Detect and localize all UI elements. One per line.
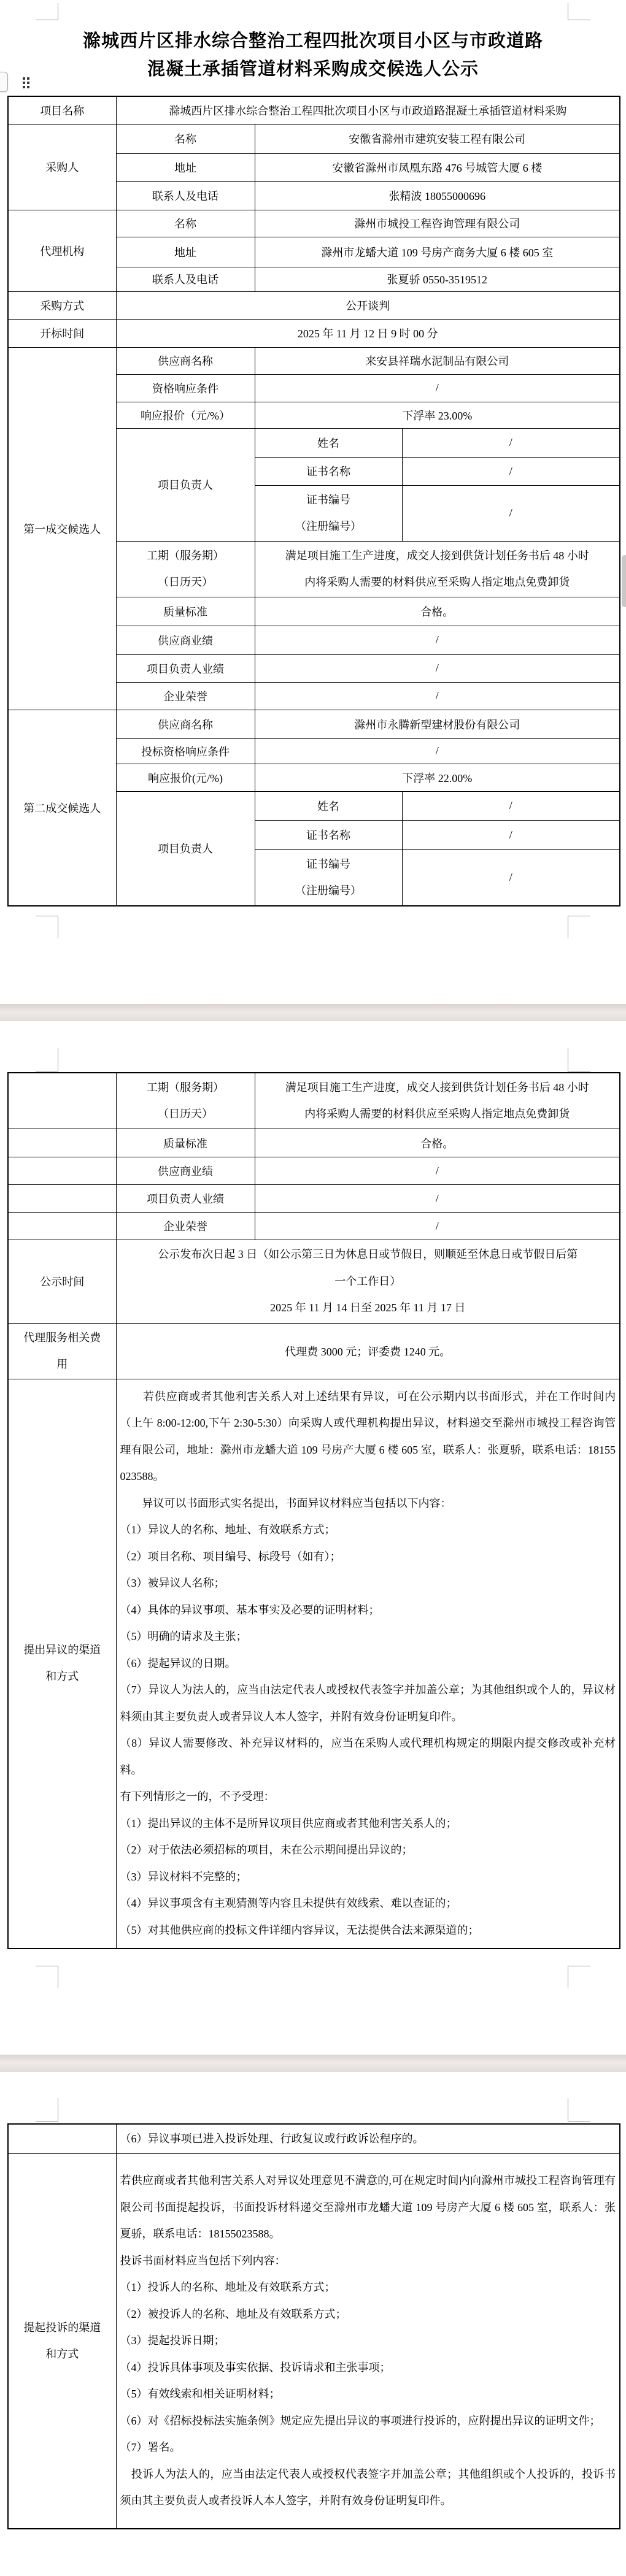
- empty-cell: [8, 1157, 116, 1185]
- crop-mark: [568, 1966, 590, 1966]
- candidate2-honor-label: 企业荣誉: [116, 1213, 255, 1240]
- agency-fee-label-line1: 代理服务相关费: [12, 1325, 112, 1351]
- candidate1-qualification-value: /: [255, 374, 620, 402]
- candidate1-duration-label-line1: 工期（服务期）: [120, 543, 251, 569]
- complaint-paragraph: （6）对《招标投标法实施条例》规定应先提出异议的事项进行投诉的，应附提出异议的证…: [120, 2408, 616, 2435]
- candidate2-cert-name-value: /: [402, 820, 620, 849]
- purchaser-name-label: 名称: [116, 124, 255, 153]
- objection-channel-label-line1: 提出异议的渠道: [12, 1637, 112, 1663]
- candidate2-cert-no-label-line1: 证书编号: [259, 851, 398, 878]
- complaint-channel-content: 若供应商或者其他利害关系人对异议处理意见不满意的,可在规定时间内向滁州市城投工程…: [116, 2153, 620, 2529]
- complaint-paragraph: （4）投诉具体事项及事实依据、投诉请求和主张事项；: [120, 2355, 616, 2382]
- agency-contact-value: 张夏骄 0550-3519512: [255, 267, 620, 291]
- empty-cell: [8, 1185, 116, 1213]
- agency-fee-label: 代理服务相关费 用: [8, 1323, 116, 1379]
- publicity-time-line3: 2025 年 11 月 14 日至 2025 年 11 月 17 日: [120, 1295, 616, 1322]
- complaint-paragraph: 若供应商或者其他利害关系人对异议处理意见不满意的,可在规定时间内向滁州市城投工程…: [120, 2168, 616, 2248]
- objection-paragraph: （8）异议人需要修改、补充异议材料的，应当在采购人或代理机构规定的期限内提交修改…: [120, 1730, 616, 1784]
- purchaser-label: 采购人: [8, 124, 116, 210]
- candidate1-duration-value: 满足项目施工生产进度，成交人接到供货计划任务书后 48 小时 内将采购人需要的材…: [255, 541, 620, 597]
- complaint-channel-label-line1: 提起投诉的渠道: [12, 2315, 112, 2341]
- objection-paragraph: 若供应商或者其他利害关系人对上述结果有异议，可在公示期内以书面形式，并在工作时间…: [120, 1384, 616, 1490]
- method-label: 采购方式: [8, 291, 116, 319]
- crop-mark: [36, 916, 58, 916]
- candidate2-quality-label: 质量标准: [116, 1129, 255, 1157]
- crop-mark: [568, 1071, 590, 1071]
- candidate2-cert-name-label: 证书名称: [255, 820, 402, 849]
- crop-mark: [568, 20, 590, 20]
- complaint-paragraph: （1）投诉人的名称、地址及有效联系方式；: [120, 2274, 616, 2301]
- candidate2-duration-value-line2: 内将采购人需要的材料供应至采购人指定地点免费卸货: [259, 1101, 616, 1127]
- candidate1-supplier-label: 供应商名称: [116, 347, 255, 374]
- crop-mark: [36, 2121, 58, 2122]
- candidate2-pm-perf-value: /: [255, 1185, 620, 1213]
- objection-paragraph: （4）异议事项含有主观猜测等内容且未提供有效线索、难以查证的；: [120, 1890, 616, 1917]
- announcement-table-page1: 项目名称 滁城西片区排水综合整治工程四批次项目小区与市政道路混凝土承插管道材料采…: [7, 96, 620, 907]
- side-widget[interactable]: [0, 72, 8, 92]
- crop-mark: [58, 2098, 58, 2121]
- objection-paragraph: 有下列情形之一的，不予受理：: [120, 1784, 616, 1811]
- candidate1-supplier-value: 来安县祥瑞水泥制品有限公司: [255, 347, 620, 374]
- candidate2-pm-label: 项目负责人: [116, 791, 255, 906]
- purchaser-contact-value: 张精波 18055000696: [255, 181, 620, 210]
- complaint-channel-label-line2: 和方式: [12, 2341, 112, 2367]
- empty-cell: [8, 1213, 116, 1240]
- crop-mark: [568, 2121, 590, 2122]
- candidate1-supplier-perf-label: 供应商业绩: [116, 626, 255, 654]
- objection-paragraph: （5）明确的请求及主张；: [120, 1623, 616, 1650]
- page-gap: [0, 2055, 626, 2072]
- objection-paragraph: （3）异议材料不完整的；: [120, 1864, 616, 1891]
- announcement-table-page2: 工期（服务期） （日历天） 满足项目施工生产进度，成交人接到供货计划任务书后 4…: [7, 1072, 620, 1949]
- purchaser-name-value: 安徽省滁州市建筑安装工程有限公司: [255, 124, 620, 153]
- open-time-value: 2025 年 11 月 12 日 9 时 00 分: [116, 319, 620, 347]
- objection-paragraph: （4）具体的异议事项、基本事实及必要的证明材料；: [120, 1597, 616, 1624]
- candidate1-duration-value-line1: 满足项目施工生产进度，成交人接到供货计划任务书后 48 小时: [259, 543, 616, 569]
- crop-mark: [36, 20, 58, 20]
- candidate2-duration-label: 工期（服务期） （日历天）: [116, 1073, 255, 1129]
- candidate2-cert-no-value: /: [402, 849, 620, 906]
- empty-cell: [8, 1129, 116, 1157]
- objection-paragraph: （5）对其他供应商的投标文件详细内容异议，无法提供合法来源渠道的；: [120, 1917, 616, 1944]
- candidate1-pm-perf-label: 项目负责人业绩: [116, 654, 255, 682]
- crop-mark: [568, 1966, 568, 1988]
- candidate2-price-value: 下浮率 22.00%: [255, 764, 620, 791]
- complaint-paragraph: （7）署名。: [120, 2434, 616, 2461]
- objection-paragraph: （6）异议事项已进入投诉处理、行政复议或行政诉讼程序的。: [120, 2131, 616, 2146]
- candidate1-pm-perf-value: /: [255, 654, 620, 682]
- objection-paragraph: （1）异议人的名称、地址、有效联系方式；: [120, 1517, 616, 1544]
- candidate1-pm-label: 项目负责人: [116, 428, 255, 541]
- candidate2-cert-no-label: 证书编号 （注册编号）: [255, 849, 402, 906]
- candidate2-pm-name-label: 姓名: [255, 791, 402, 820]
- objection-paragraph: （3）被异议人名称；: [120, 1570, 616, 1597]
- document-canvas: 滁城西片区排水综合整治工程四批次项目小区与市政道路 混凝土承插管道材料采购成交候…: [0, 0, 626, 2576]
- agency-contact-label: 联系人及电话: [116, 267, 255, 291]
- objection-channel-label: 提出异议的渠道 和方式: [8, 1379, 116, 1949]
- purchaser-address-label: 地址: [116, 153, 255, 181]
- page-1: 滁城西片区排水综合整治工程四批次项目小区与市政道路 混凝土承插管道材料采购成交候…: [0, 0, 626, 1004]
- crop-mark: [568, 3, 568, 20]
- project-name-value: 滁城西片区排水综合整治工程四批次项目小区与市政道路混凝土承插管道材料采购: [116, 96, 620, 124]
- candidate1-duration-label: 工期（服务期） （日历天）: [116, 541, 255, 597]
- candidate1-pm-name-value: /: [402, 428, 620, 457]
- candidate2-price-label: 响应报价(元/%): [116, 764, 255, 791]
- complaint-paragraph: 投诉人为法人的，应当由法定代表人或授权代表签字并加盖公章；其他组织或个人投诉的，…: [120, 2461, 616, 2515]
- page-2: 工期（服务期） （日历天） 满足项目施工生产进度，成交人接到供货计划任务书后 4…: [0, 1021, 626, 2055]
- publicity-time-line1: 公示发布次日起 3 日（如公示第三日为休息日或节假日，则顺延至休息日或节假日后第: [120, 1241, 616, 1268]
- page-title-line1: 滁城西片区排水综合整治工程四批次项目小区与市政道路: [0, 27, 626, 55]
- complaint-paragraph: （2）被投诉人的名称、地址及有效联系方式；: [120, 2301, 616, 2328]
- candidate2-duration-label-line1: 工期（服务期）: [120, 1075, 251, 1101]
- publicity-time-value: 公示发布次日起 3 日（如公示第三日为休息日或节假日，则顺延至休息日或节假日后第…: [116, 1240, 620, 1324]
- page-title-line2: 混凝土承插管道材料采购成交候选人公示: [0, 55, 626, 83]
- candidate1-price-value: 下浮率 23.00%: [255, 402, 620, 428]
- candidate2-duration-value-line1: 满足项目施工生产进度，成交人接到供货计划任务书后 48 小时: [259, 1075, 616, 1101]
- crop-mark: [58, 916, 58, 938]
- crop-mark: [568, 916, 568, 938]
- crop-mark: [568, 916, 590, 916]
- objection-paragraph: 异议可以书面形式实名提出，书面异议材料应当包括以下内容：: [120, 1490, 616, 1517]
- candidate2-quality-value: 合格。: [255, 1129, 620, 1157]
- objection-paragraph: （2）项目名称、项目编号、标段号（如有）；: [120, 1544, 616, 1571]
- agency-name-value: 滁州市城投工程咨询管理有限公司: [255, 210, 620, 237]
- method-value: 公开谈判: [116, 291, 620, 319]
- crop-mark: [58, 3, 58, 20]
- candidate2-cert-no-label-line2: （注册编号）: [259, 878, 398, 904]
- announcement-table-page3: （6）异议事项已进入投诉处理、行政复议或行政诉讼程序的。 提起投诉的渠道 和方式…: [7, 2123, 620, 2529]
- objection-paragraph: （6）提起异议的日期。: [120, 1650, 616, 1677]
- complaint-paragraph: （5）有效线索和相关证明材料；: [120, 2381, 616, 2408]
- candidate2-supplier-perf-value: /: [255, 1157, 620, 1185]
- complaint-paragraph: 投诉书面材料应当包括下列内容：: [120, 2248, 616, 2275]
- candidate1-qualification-label: 资格响应条件: [116, 374, 255, 402]
- candidate1-cert-no-label-line2: （注册编号）: [259, 513, 398, 540]
- publicity-time-label: 公示时间: [8, 1240, 116, 1324]
- candidate1-duration-label-line2: （日历天）: [120, 569, 251, 596]
- candidate1-label: 第一成交候选人: [8, 347, 116, 710]
- objection-channel-content: 若供应商或者其他利害关系人对上述结果有异议，可在公示期内以书面形式，并在工作时间…: [116, 1379, 620, 1949]
- scrollbar-thumb[interactable]: [622, 555, 626, 607]
- crop-mark: [568, 1048, 568, 1071]
- candidate2-duration-value: 满足项目施工生产进度，成交人接到供货计划任务书后 48 小时 内将采购人需要的材…: [255, 1073, 620, 1129]
- candidate2-supplier-value: 滁州市永腾新型建材股份有限公司: [255, 710, 620, 738]
- page-3: （6）异议事项已进入投诉处理、行政复议或行政诉讼程序的。 提起投诉的渠道 和方式…: [0, 2072, 626, 2576]
- crop-mark: [36, 1071, 58, 1071]
- page-gap: [0, 1004, 626, 1021]
- candidate2-label: 第二成交候选人: [8, 710, 116, 906]
- agency-address-label: 地址: [116, 237, 255, 267]
- agency-label: 代理机构: [8, 210, 116, 291]
- objection-paragraph: （2）对于依法必须招标的项目，未在公示期间提出异议的；: [120, 1837, 616, 1864]
- open-time-label: 开标时间: [8, 319, 116, 347]
- page-title: 滁城西片区排水综合整治工程四批次项目小区与市政道路 混凝土承插管道材料采购成交候…: [0, 0, 626, 83]
- purchaser-contact-label: 联系人及电话: [116, 181, 255, 210]
- candidate2-qualification-label: 投标资格响应条件: [116, 738, 255, 764]
- candidate1-cert-no-value: /: [402, 485, 620, 541]
- candidate1-cert-no-label-line1: 证书编号: [259, 487, 398, 513]
- publicity-time-line2: 一个工作日）: [120, 1268, 616, 1295]
- candidate1-cert-name-label: 证书名称: [255, 457, 402, 485]
- crop-mark: [58, 1966, 58, 1988]
- objection-paragraph: （7）异议人为法人的，应当由法定代表人或授权代表签字并加盖公章；为其他组织或个人…: [120, 1677, 616, 1730]
- empty-cell: [8, 1073, 116, 1129]
- candidate2-honor-value: /: [255, 1213, 620, 1240]
- candidate1-duration-value-line2: 内将采购人需要的材料供应至采购人指定地点免费卸货: [259, 569, 616, 596]
- candidate1-quality-value: 合格。: [255, 597, 620, 626]
- crop-mark: [568, 2098, 568, 2121]
- agency-name-label: 名称: [116, 210, 255, 237]
- purchaser-address-value: 安徽省滁州市凤凰东路 476 号城管大厦 6 楼: [255, 153, 620, 181]
- candidate1-price-label: 响应报价（元/%）: [116, 402, 255, 428]
- candidate2-pm-perf-label: 项目负责人业绩: [116, 1185, 255, 1213]
- candidate2-supplier-perf-label: 供应商业绩: [116, 1157, 255, 1185]
- paragraph-drag-handle-icon[interactable]: [23, 77, 30, 89]
- candidate1-pm-name-label: 姓名: [255, 428, 402, 457]
- objection-channel-label-line2: 和方式: [12, 1663, 112, 1690]
- empty-cell: [8, 2124, 116, 2153]
- candidate2-pm-name-value: /: [402, 791, 620, 820]
- candidate2-supplier-label: 供应商名称: [116, 710, 255, 738]
- project-name-label: 项目名称: [8, 96, 116, 124]
- objection-continuation: （6）异议事项已进入投诉处理、行政复议或行政诉讼程序的。: [116, 2124, 620, 2153]
- agency-fee-value: 代理费 3000 元；评委费 1240 元。: [116, 1323, 620, 1379]
- agency-fee-label-line2: 用: [12, 1351, 112, 1378]
- crop-mark: [58, 1048, 58, 1071]
- candidate1-honor-value: /: [255, 682, 620, 710]
- complaint-paragraph: （3）提起投诉日期；: [120, 2328, 616, 2355]
- candidate2-duration-label-line2: （日历天）: [120, 1101, 251, 1127]
- candidate2-qualification-value: /: [255, 738, 620, 764]
- candidate1-honor-label: 企业荣誉: [116, 682, 255, 710]
- candidate1-supplier-perf-value: /: [255, 626, 620, 654]
- candidate1-quality-label: 质量标准: [116, 597, 255, 626]
- objection-paragraph: （1）提出异议的主体不是所异议项目供应商或者其他利害关系人的；: [120, 1811, 616, 1838]
- candidate1-cert-no-label: 证书编号 （注册编号）: [255, 485, 402, 541]
- agency-address-value: 滁州市龙蟠大道 109 号房产商务大厦 6 楼 605 室: [255, 237, 620, 267]
- crop-mark: [36, 1966, 58, 1966]
- complaint-channel-label: 提起投诉的渠道 和方式: [8, 2153, 116, 2529]
- candidate1-cert-name-value: /: [402, 457, 620, 485]
